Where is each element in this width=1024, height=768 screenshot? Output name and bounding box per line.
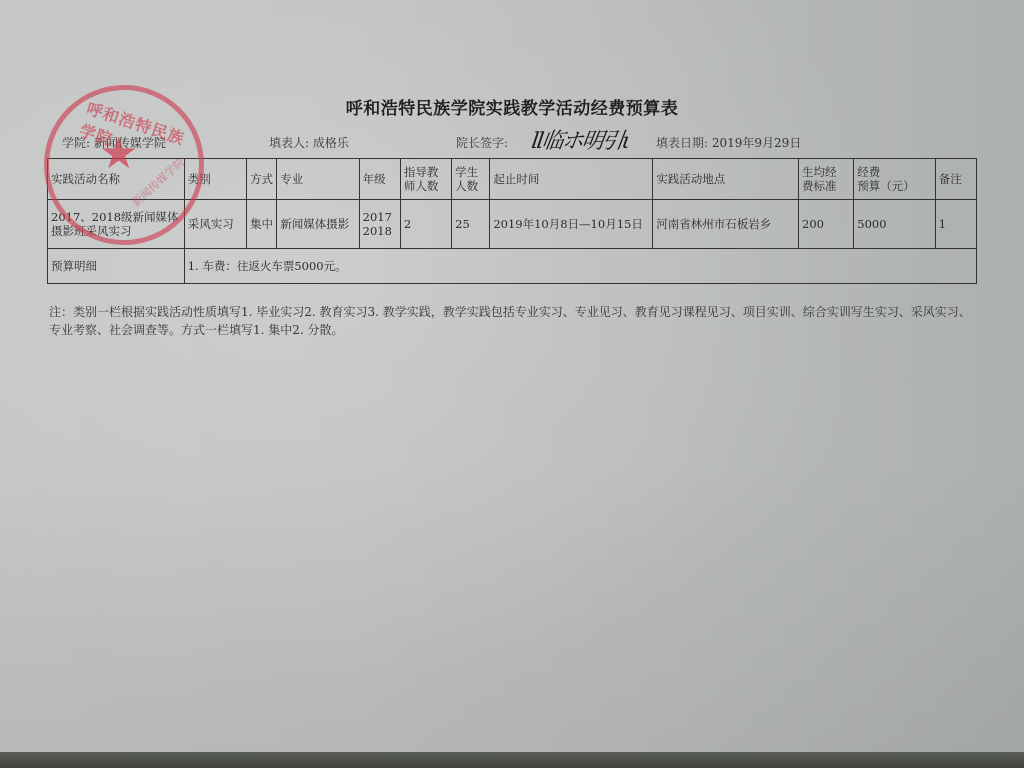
date-value: 2019年9月29日 (712, 136, 801, 150)
filler-label: 填表人: (269, 136, 309, 150)
cell-mode: 集中 (247, 200, 277, 249)
footnote: 注：类别一栏根据实践活动性质填写1. 毕业实习2. 教育实习3. 教学实践，教学… (49, 303, 979, 339)
cell-grade-line1: 2017 (363, 210, 397, 224)
header-grade: 年级 (359, 159, 400, 200)
header-mode: 方式 (247, 159, 277, 200)
cell-grade-line2: 2018 (363, 224, 397, 238)
cell-teacher-count: 2 (400, 200, 451, 249)
header-student-count-line1: 学生 (455, 165, 486, 179)
cell-grade: 2017 2018 (359, 200, 400, 249)
header-period: 起止时间 (490, 159, 653, 200)
budget-detail-label: 预算明细 (48, 249, 185, 284)
dean-signature: ll临ホ明引ι (530, 124, 631, 155)
header-per-student-line1: 生均经 (802, 165, 850, 179)
cell-activity-name: 2017、2018级新闻媒体摄影班采风实习 (48, 200, 185, 249)
header-activity-name: 实践活动名称 (48, 159, 185, 200)
date-label: 填表日期: (656, 136, 708, 150)
table-row: 2017、2018级新闻媒体摄影班采风实习 采风实习 集中 新闻媒体摄影 201… (48, 200, 977, 249)
budget-detail-value: 1. 车费：往返火车票5000元。 (184, 249, 976, 284)
cell-category: 采风实习 (184, 200, 246, 249)
header-location: 实践活动地点 (653, 159, 799, 200)
cell-major: 新闻媒体摄影 (277, 200, 359, 249)
cell-location: 河南省林州市石板岩乡 (653, 200, 799, 249)
date-field: 填表日期: 2019年9月29日 (656, 134, 801, 151)
header-student-count-line2: 人数 (455, 179, 486, 193)
header-category: 类别 (184, 159, 246, 200)
cell-student-count: 25 (452, 200, 490, 249)
header-major: 专业 (277, 159, 359, 200)
header-teacher-count-line1: 指导教 (404, 165, 448, 179)
cell-period: 2019年10月8日—10月15日 (490, 200, 653, 249)
budget-detail-row: 预算明细 1. 车费：往返火车票5000元。 (48, 249, 977, 284)
dean-sign-label: 院长签字: (456, 136, 508, 150)
header-student-count: 学生 人数 (452, 159, 490, 200)
college-value: 新闻传媒学院 (94, 136, 166, 150)
header-per-student-line2: 费标准 (802, 179, 850, 193)
header-budget-line2: 预算（元） (857, 179, 931, 193)
header-per-student: 生均经 费标准 (799, 159, 854, 200)
desk-surface (0, 752, 1024, 768)
budget-table: 实践活动名称 类别 方式 专业 年级 指导教 师人数 学生 人数 起止时间 实践… (47, 158, 977, 284)
cell-per-student: 200 (799, 200, 854, 249)
filler-value: 成格乐 (313, 136, 349, 150)
header-budget: 经费 预算（元） (854, 159, 935, 200)
college-field: 学院: 新闻传媒学院 (62, 134, 166, 151)
header-remark: 备注 (935, 159, 976, 200)
document-title: 呼和浩特民族学院实践教学活动经费预算表 (0, 94, 1024, 119)
header-teacher-count-line2: 师人数 (404, 179, 448, 193)
header-teacher-count: 指导教 师人数 (400, 159, 451, 200)
cell-budget: 5000 (854, 200, 935, 249)
college-label: 学院: (62, 136, 90, 150)
table-header-row: 实践活动名称 类别 方式 专业 年级 指导教 师人数 学生 人数 起止时间 实践… (48, 159, 977, 200)
dean-sign-field: 院长签字: (456, 134, 508, 151)
cell-remark: 1 (935, 200, 976, 249)
filler-field: 填表人: 成格乐 (269, 134, 349, 151)
header-budget-line1: 经费 (857, 165, 931, 179)
